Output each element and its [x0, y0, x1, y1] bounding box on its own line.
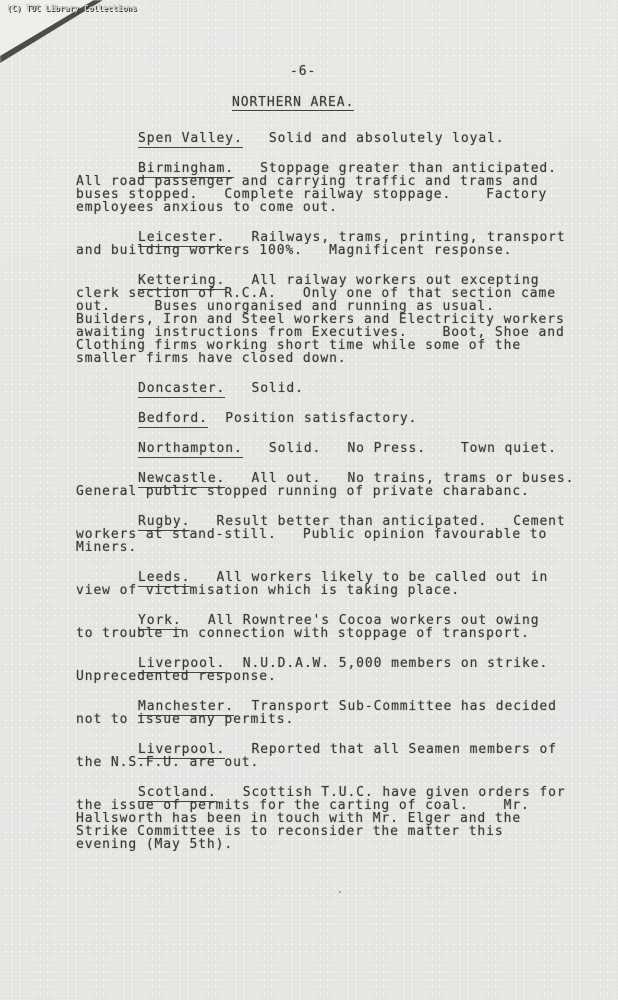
entry-text: Solid. No Press. Town quiet. — [243, 441, 557, 456]
city-entry: Kettering. All railway workers out excep… — [76, 274, 600, 365]
city-entry: York. All Rowntree's Cocoa workers out o… — [76, 614, 600, 640]
section-heading: NORTHERN AREA. — [232, 96, 354, 111]
scan-speck — [339, 891, 341, 893]
entry-text: Solid. — [225, 381, 304, 396]
city-entry: Liverpool. N.U.D.A.W. 5,000 members on s… — [76, 657, 600, 683]
city-entry: Liverpool. Reported that all Seamen memb… — [76, 743, 600, 769]
city-name: Bedford. — [138, 411, 208, 428]
entry-text: All railway workers out excepting clerk … — [76, 273, 565, 366]
city-name: Spen Valley. — [138, 131, 243, 148]
entry-text: Position satisfactory. — [208, 411, 417, 426]
city-entry: Spen Valley. Solid and absolutely loyal. — [76, 132, 600, 145]
scanned-document-page: (C) TUC Library Collections -6- NORTHERN… — [0, 0, 618, 851]
city-entry: Birmingham. Stoppage greater than antici… — [76, 162, 600, 214]
city-entry: Manchester. Transport Sub-Committee has … — [76, 700, 600, 726]
page-number: -6- — [290, 65, 600, 78]
city-entry: Leicester. Railways, trams, printing, tr… — [76, 231, 600, 257]
city-name: Doncaster. — [138, 381, 225, 398]
city-entry: Northampton. Solid. No Press. Town quiet… — [76, 442, 600, 455]
city-entry: Leeds. All workers likely to be called o… — [76, 571, 600, 597]
city-entry: Rugby. Result better than anticipated. C… — [76, 515, 600, 554]
city-entry: Newcastle. All out. No trains, trams or … — [76, 472, 600, 498]
city-entry: Scotland. Scottish T.U.C. have given ord… — [76, 786, 600, 851]
entry-text: Solid and absolutely loyal. — [243, 131, 505, 146]
typewritten-content: -6- NORTHERN AREA. Spen Valley. Solid an… — [0, 0, 600, 851]
heading-row: NORTHERN AREA. — [76, 96, 600, 111]
city-entry: Doncaster. Solid. — [76, 382, 600, 395]
copyright-watermark: (C) TUC Library Collections — [7, 4, 137, 13]
entries-list: Spen Valley. Solid and absolutely loyal.… — [76, 132, 600, 851]
city-entry: Bedford. Position satisfactory. — [76, 412, 600, 425]
city-name: Northampton. — [138, 441, 243, 458]
